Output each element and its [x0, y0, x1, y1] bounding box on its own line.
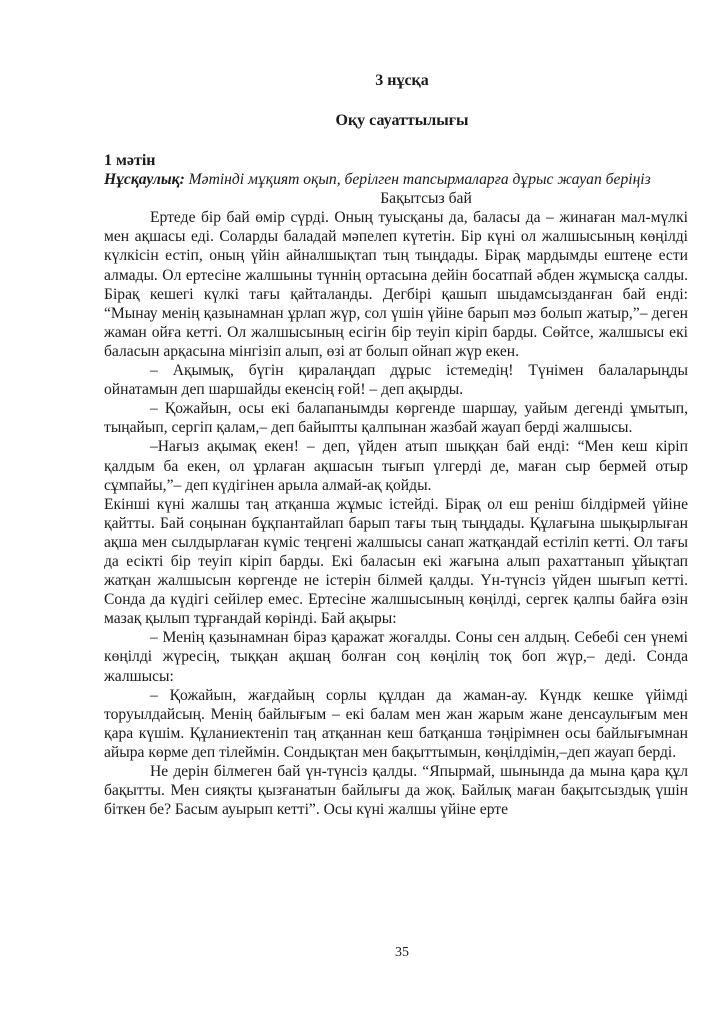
text-heading: 1 мәтін	[104, 151, 688, 170]
paragraph: –Нағыз ақымақ екен! – деп, үйден атып шы…	[104, 437, 688, 494]
paragraph: – Менің қазынамнан біраз қаражат жоғалды…	[104, 628, 688, 685]
instruction: Нұсқаулық: Мәтінді мұқият оқып, берілген…	[104, 170, 688, 189]
document-page: 3 нұсқа Оқу сауаттылығы 1 мәтін Нұсқаулы…	[0, 0, 724, 1024]
instruction-label: Нұсқаулық:	[104, 171, 185, 188]
instruction-text: Мәтінді мұқият оқып, берілген тапсырмала…	[185, 171, 651, 188]
story-title: Бақытсыз бай	[104, 189, 688, 208]
paragraph: – Ақымық, бүгін қиралаңдап дұрыс істемед…	[104, 361, 688, 399]
text-body: 1 мәтін Нұсқаулық: Мәтінді мұқият оқып, …	[104, 151, 688, 819]
paragraph: – Қожайын, жағдайың сорлы құлдан да жама…	[104, 686, 688, 762]
paragraph: Не дерін білмеген бай үн-түнсіз қалды. “…	[104, 762, 688, 819]
paragraph: – Қожайын, осы екі балапанымды көргенде …	[104, 399, 688, 437]
paragraph: Ертеде бір бай өмір сүрді. Оның туысқаны…	[104, 208, 688, 361]
page-number: 35	[0, 945, 724, 961]
paragraph: Екінші күні жалшы таң атқанша жұмыс істе…	[104, 495, 688, 629]
variant-title: 3 нұсқа	[0, 71, 724, 91]
section-title: Оқу сауаттылығы	[0, 111, 724, 131]
